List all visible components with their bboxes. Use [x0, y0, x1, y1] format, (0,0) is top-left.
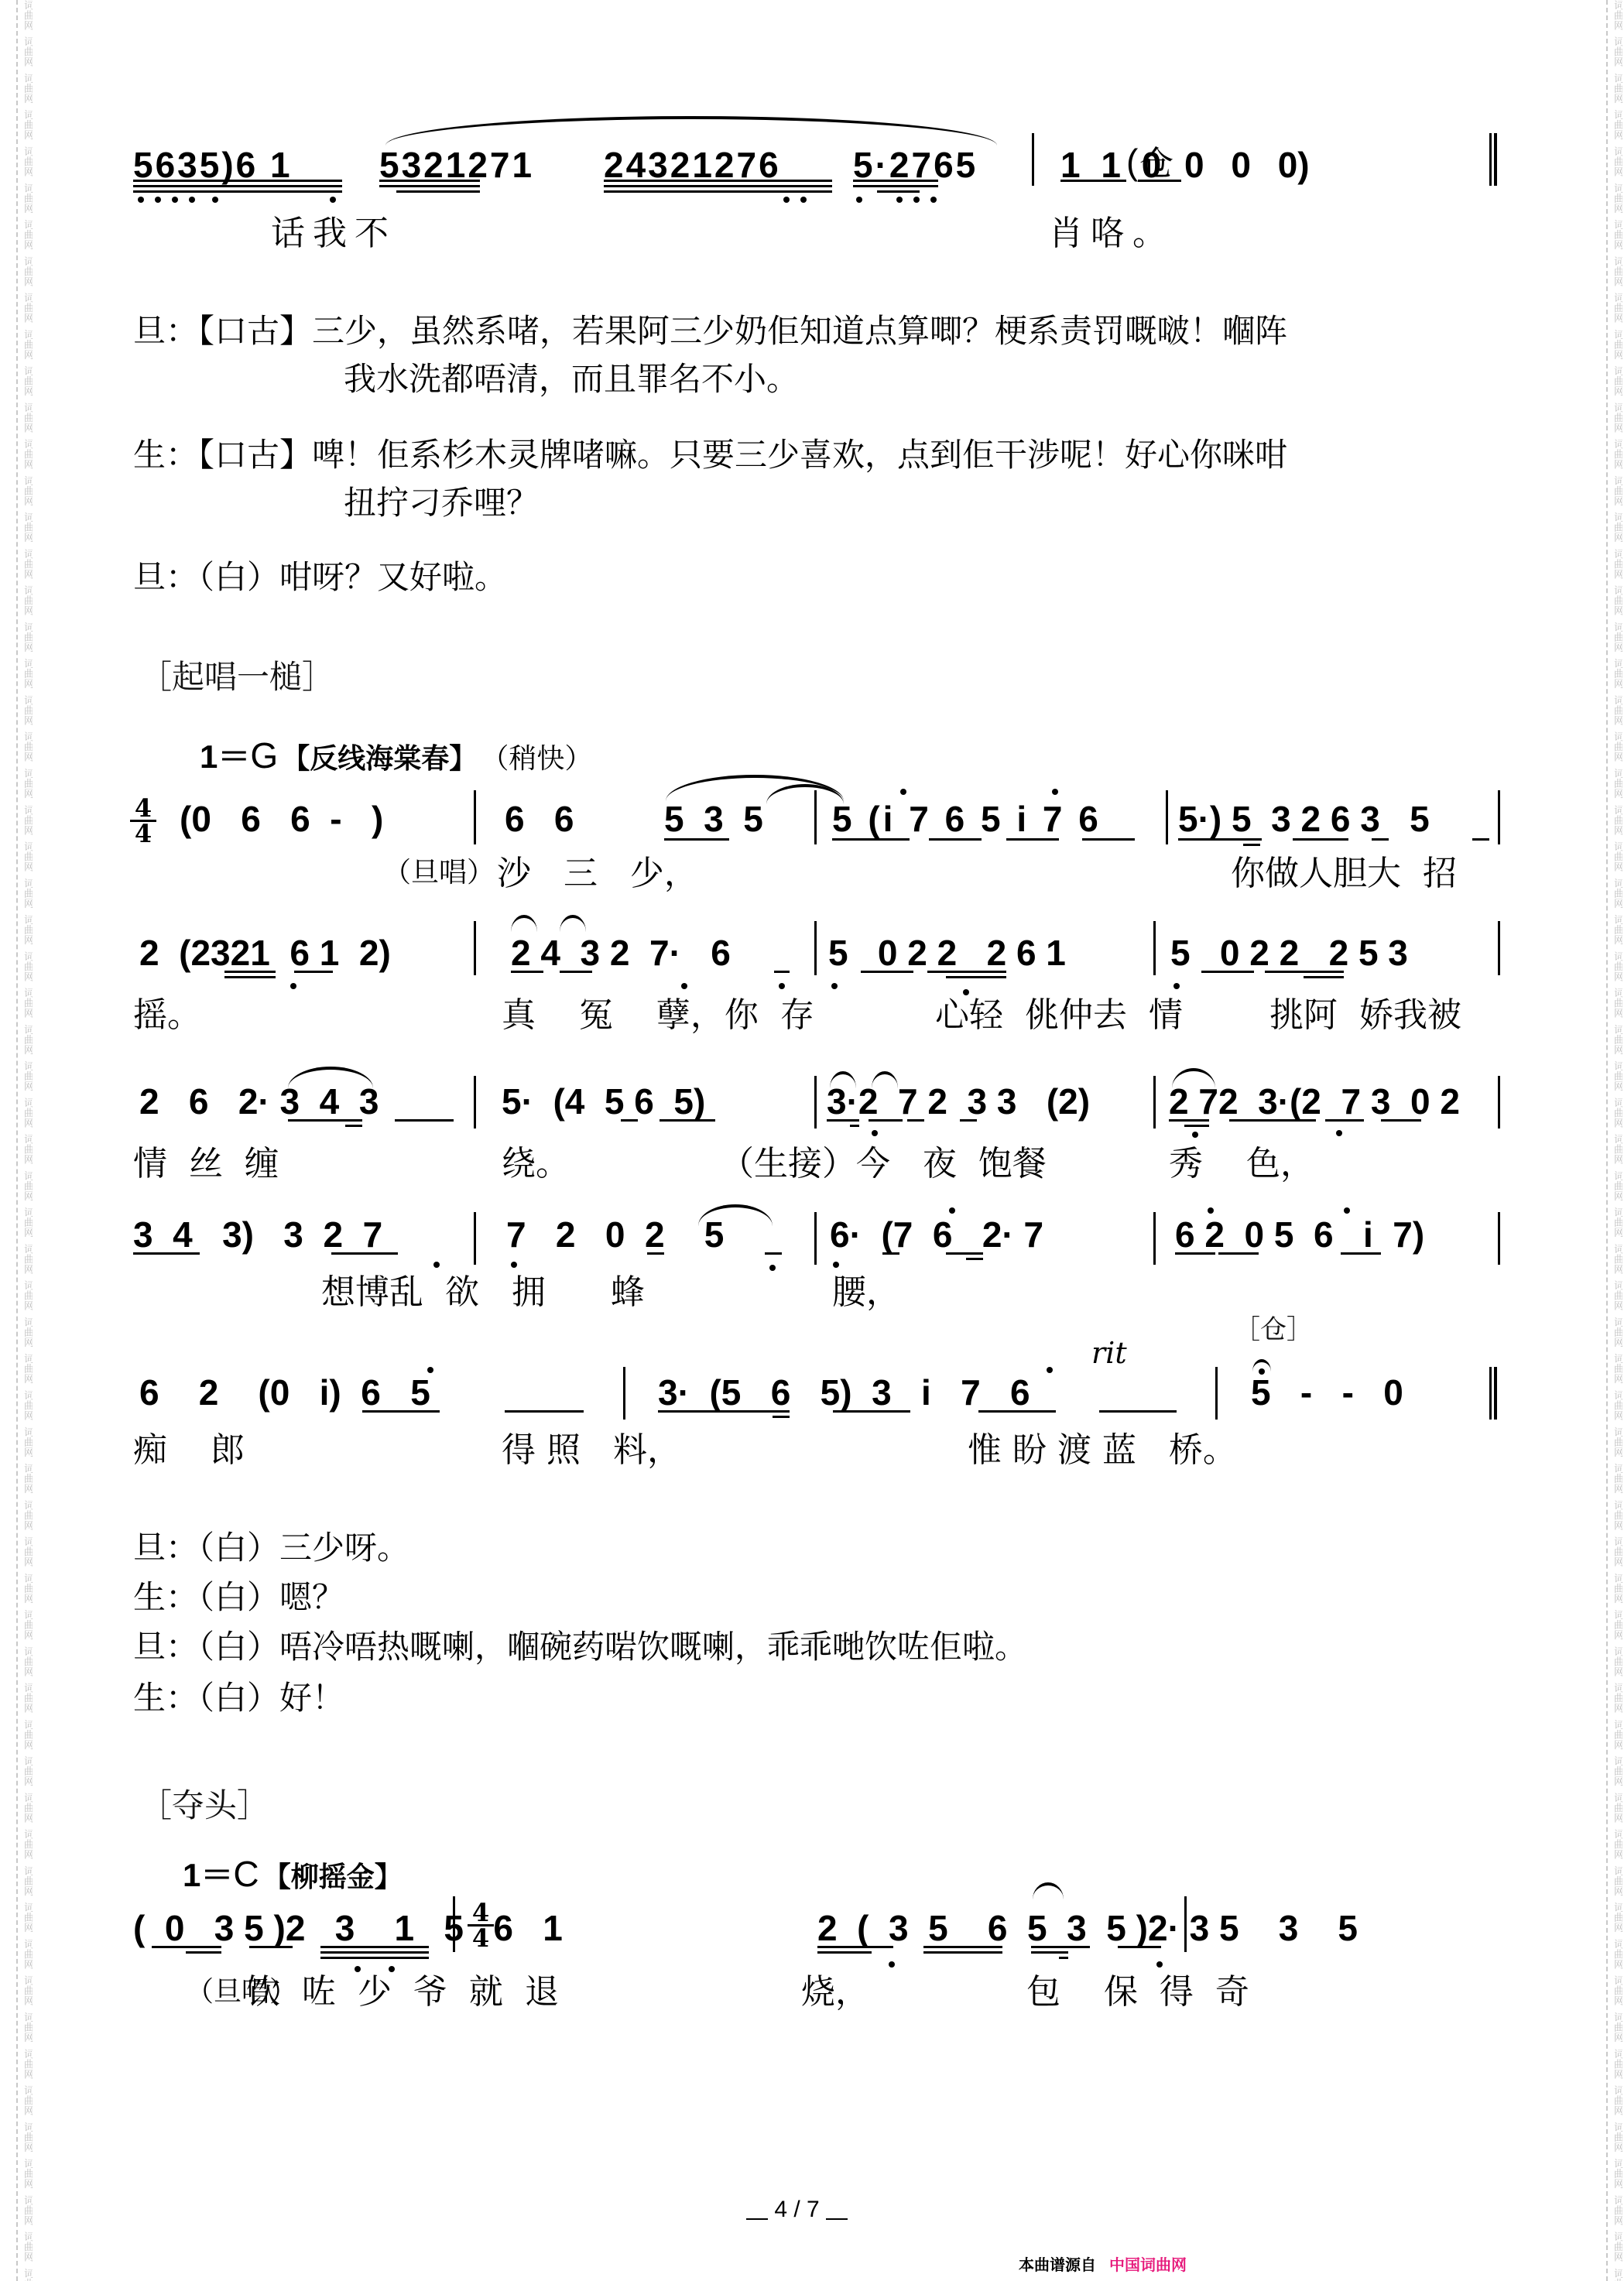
lyrics: 得 照 料， [502, 1433, 681, 1468]
notes: 5 - - 0 [1251, 1375, 1403, 1410]
notes: 5 0 2 2 2 6 1 [828, 935, 1066, 971]
key-signature: 1＝G 【反线海棠春】 （稍快） [200, 731, 592, 778]
score-system-2: 44 (0 6 6 - ) 6 6 5 3 5 5 (i 7 6 5 i 7 6… [0, 786, 1624, 909]
score-system-5: 3 4 3) 3 2 7 7 2 0 2 5 6· (7 6 2· 7 6 2 … [0, 1198, 1624, 1307]
time-signature: 44 [468, 1901, 494, 1950]
dialog-line: 生：（白）嗯？ [133, 1574, 344, 1622]
lyrics: 真 冤 孽，你 存 [502, 998, 814, 1033]
percussion-cang: 仓 [1139, 147, 1173, 181]
lyrics: 想博乱 欲 拥 蜂 [321, 1276, 645, 1310]
lyrics: 惟 盼 渡 蓝 桥。 [968, 1433, 1237, 1468]
notes: 3· (5 6 5) 3 i 7 6 [658, 1375, 1030, 1410]
notes: 6 2 0 5 6 i 7) [1175, 1217, 1424, 1252]
notes: 5321271 [379, 147, 534, 183]
score-system-3: 2 (2321 6 1 2) 2 4 3 2 7· 6 5 0 2 2 2 6 … [0, 921, 1624, 1037]
source-credit: 本曲谱源自 中国词曲网 [1019, 2252, 1187, 2275]
notes: 0 0 0) [1184, 147, 1310, 183]
lyrics: 绕。 [502, 1147, 570, 1181]
dialog-line: 旦：【口古】三少，虽然系啫，若果阿三少奶佢知道点算唧？梗系责罚嘅啵！嗰阵 [133, 308, 1287, 355]
notes: 6 6 [505, 801, 574, 837]
notes: 2 6 2· 3 4 3 [139, 1084, 379, 1119]
notes: 2 4 3 2 7· 6 [511, 935, 731, 971]
notes: 5·2765 [853, 147, 978, 183]
section-tag: ［夺头］ [139, 1780, 269, 1827]
singer-cue: （旦唱） [383, 859, 495, 887]
notes: 3 4 3) 3 2 7 [133, 1217, 382, 1252]
tune-name: 【反线海棠春】 [282, 743, 477, 775]
lyrics: 烧， [801, 1975, 869, 2009]
notes: 24321276 [604, 147, 781, 183]
score-system-4: 2 6 2· 3 4 3 5· (4 5 6 5) 3·2 7 2 3 3 (2… [0, 1060, 1624, 1176]
ritardando-mark: rit [1091, 1336, 1127, 1370]
notes: 5 3 5 [664, 801, 763, 837]
notes: 3·2 7 2 3 3 (2) [827, 1084, 1090, 1119]
dialog-line-cont: 我水洗都唔清，而且罪名不小。 [344, 356, 799, 403]
dialog-line-cont: 扭拧刁乔哩？ [344, 480, 539, 527]
notes: 6 2 (0 i) 6 5 [139, 1375, 430, 1410]
notes: 7 2 0 2 5 [506, 1217, 724, 1252]
lyrics: 心轻 佻仲去 情 [935, 998, 1183, 1033]
lyrics: 情 丝 缠 [133, 1147, 279, 1181]
notes: 5635)6 1 [133, 147, 293, 183]
notes: 5·) 5 3 2 6 3 5 [1178, 801, 1430, 837]
lyrics: 摇。 [133, 998, 201, 1033]
tempo-mark: （稍快） [481, 743, 592, 775]
notes: 5 (i 7 6 5 i 7 6 [832, 801, 1102, 837]
notes: 2 72 3·(2 7 3 0 2 [1169, 1084, 1460, 1119]
page-number: 4 / 7 [746, 2197, 848, 2223]
score-system-6: ［仓］ rit 6 2 (0 i) 6 5 3· (5 6 5) 3 i 7 6… [0, 1308, 1624, 1463]
source-site-link[interactable]: 中国词曲网 [1109, 2255, 1187, 2274]
dialog-line: 生：【口古】啤！佢系杉木灵牌啫嘛。只要三少喜欢，点到佢干涉呢！好心你咪咁 [133, 432, 1287, 479]
notes: ( 0 3 5 )2 3 1 5 6 1 [133, 1910, 563, 1946]
tune-name: 【柳摇金】 [263, 1861, 403, 1893]
lyrics: 饮 咗 少 爷 就 退 [246, 1975, 559, 2009]
notes: 2 (2321 6 1 2) [139, 935, 391, 971]
notes: 6· (7 6 2· 7 [830, 1217, 1043, 1252]
percussion-cue: ［仓］ [1234, 1308, 1313, 1346]
notes: 5 0 2 2 2 5 3 [1170, 935, 1408, 971]
dialog-line: 生：（白）好！ [133, 1675, 344, 1722]
notes: 5· (4 5 6 5) [502, 1084, 705, 1119]
lyrics: 挑阿 娇我被 [1269, 998, 1461, 1033]
dialog-line: 旦：（白）咁呀？又好啦。 [133, 554, 507, 601]
lyrics: 你做人胆大 招 [1231, 857, 1457, 891]
score-system-1: 5635)6 1 5321271 24321276 5·2765 1 1 0 (… [0, 116, 1624, 271]
dialog-line: 旦：（白）唔冷唔热嘅喇，嗰碗药啱饮嘅喇，乖乖哋饮咗佢啦。 [133, 1624, 1027, 1671]
notes: ( [1126, 144, 1138, 180]
lyrics: 沙 三 少， [497, 857, 698, 891]
lyrics: 痴 郎 [133, 1433, 245, 1468]
lyrics: （生接）今 夜 饱餐 [720, 1147, 1047, 1181]
dialog-line: 旦：（白）三少呀。 [133, 1525, 409, 1572]
notes: (0 6 6 - ) [180, 801, 383, 837]
slur [385, 116, 997, 146]
notes: 2 ( 3 5 6 5 3 5 )2· 3 5 3 5 [817, 1910, 1358, 1946]
lyrics: 腰， [832, 1276, 900, 1310]
key-signature: 1＝C 【柳摇金】 [183, 1850, 403, 1896]
section-tag: ［起唱一槌］ [139, 652, 334, 698]
time-signature: 44 [130, 796, 156, 845]
lyrics: 包 保 得 奇 [1026, 1975, 1249, 2009]
lyrics: 肖咯。 [1049, 217, 1174, 251]
lyrics: 秀 色， [1169, 1147, 1314, 1181]
lyrics: 话我不 [271, 217, 396, 251]
score-system-7: ( 0 3 5 )2 3 1 5 6 1 44 2 ( 3 5 6 5 3 5 … [0, 1896, 1624, 2020]
